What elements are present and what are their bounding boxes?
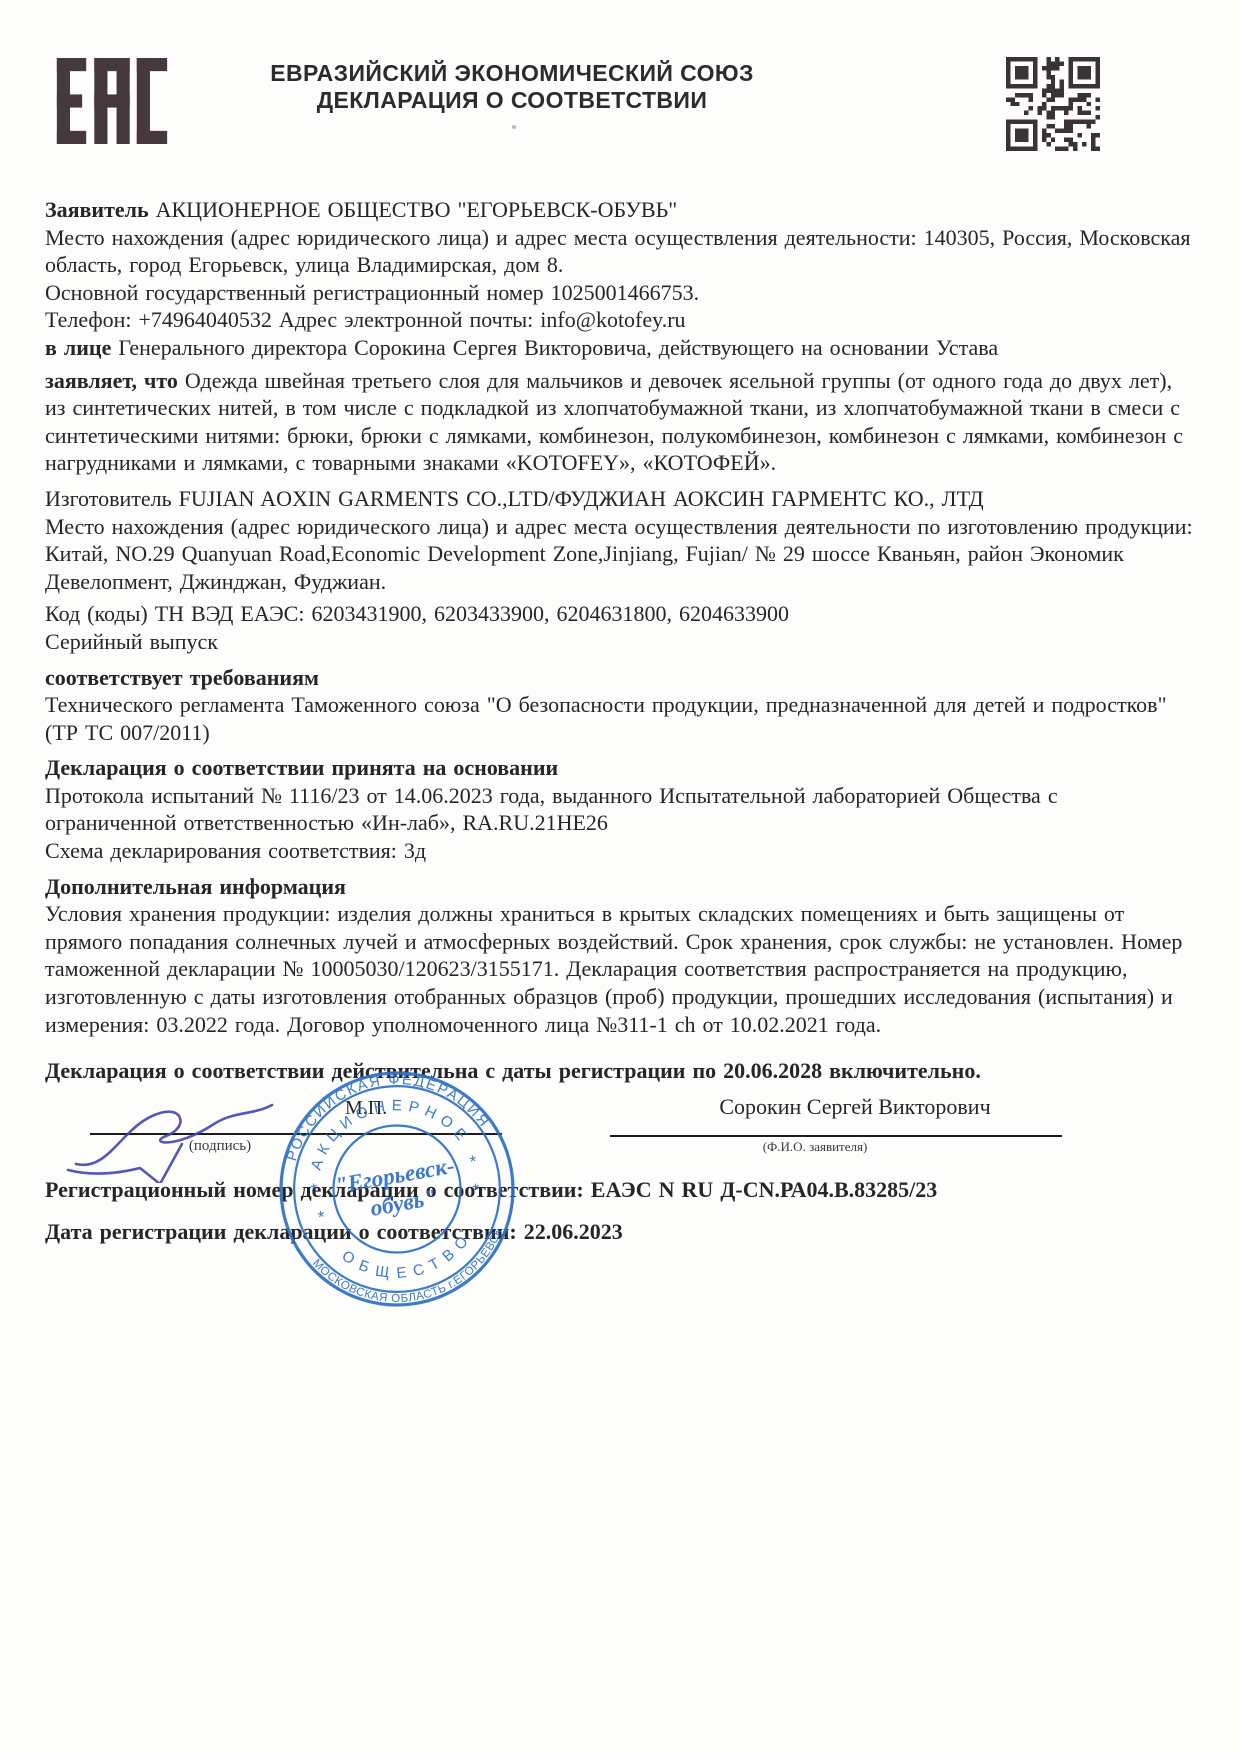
applicant-contacts: Телефон: +74964040532 Адрес электронной … [45,306,1195,334]
basis-scheme: Схема декларирования соответствия: 3д [45,837,1195,865]
applicant-line: Заявитель АКЦИОНЕРНОЕ ОБЩЕСТВО "ЕГОРЬЕВС… [45,196,1195,224]
signature-caption: (подпись) [125,1138,315,1155]
applicant-fio: Сорокин Сергей Викторович [645,1094,1065,1120]
registration-date-label: Дата регистрации декларации о соответств… [45,1219,517,1244]
validity-line: Декларация о соответствии действительна … [45,1057,1195,1085]
applicant-name: АКЦИОНЕРНОЕ ОБЩЕСТВО "ЕГОРЬЕВСК-ОБУВЬ" [156,197,678,222]
manufacturer-address: Место нахождения (адрес юридического лиц… [45,513,1195,596]
additional-text: Условия хранения продукции: изделия долж… [45,900,1195,1038]
basis-heading: Декларация о соответствии принята на осн… [45,754,1195,782]
eac-logo [56,58,168,144]
in-person-text: Генерального директора Сорокина Сергея В… [118,335,998,360]
registration-number-value: ЕАЭС N RU Д-CN.РА04.В.83285/23 [591,1177,938,1202]
manufacturer-name: FUJIAN AOXIN GARMENTS CO.,LTD/ФУДЖИАН АО… [179,486,984,511]
manufacturer-label: Изготовитель [45,486,172,511]
qr-code-icon [1006,57,1100,151]
applicant-ogrn: Основной государственный регистрационный… [45,279,1195,307]
signature-line [90,1133,502,1135]
applicant-label: Заявитель [45,197,149,222]
manufacturer-line: Изготовитель FUJIAN AOXIN GARMENTS CO.,L… [45,485,1195,513]
product-description: Одежда швейная третьего слоя для мальчик… [45,368,1183,476]
document-body: Заявитель АКЦИОНЕРНОЕ ОБЩЕСТВО "ЕГОРЬЕВС… [45,196,1195,1246]
declaration-document: ЕВРАЗИЙСКИЙ ЭКОНОМИЧЕСКИЙ СОЮЗ ДЕКЛАРАЦИ… [0,0,1240,1755]
tnved-codes: Код (коды) ТН ВЭД ЕАЭС: 6203431900, 6203… [45,600,1195,628]
basis-protocol: Протокола испытаний № 1116/23 от 14.06.2… [45,782,1195,837]
additional-heading: Дополнительная информация [45,873,1195,901]
fio-line [610,1135,1062,1137]
in-person-label: в лице [45,335,111,360]
registration-date-value: 22.06.2023 [524,1219,623,1244]
title-declaration: ДЕКЛАРАЦИЯ О СООТВЕТСТВИИ [262,87,762,114]
document-title: ЕВРАЗИЙСКИЙ ЭКОНОМИЧЕСКИЙ СОЮЗ ДЕКЛАРАЦИ… [262,60,762,114]
title-union: ЕВРАЗИЙСКИЙ ЭКОНОМИЧЕСКИЙ СОЮЗ [262,60,762,87]
signature-block: М.П. Сорокин Сергей Викторович (подпись)… [45,1094,1195,1160]
registration-number-line: Регистрационный номер декларации о соотв… [45,1176,1195,1204]
serial-release: Серийный выпуск [45,628,1195,656]
requirements-text: Технического регламента Таможенного союз… [45,691,1195,746]
applicant-address: Место нахождения (адрес юридического лиц… [45,224,1195,279]
scan-artifact-dot [512,125,516,129]
fio-caption: (Ф.И.О. заявителя) [645,1139,985,1155]
requirements-heading: соответствует требованиям [45,664,1195,692]
in-person-line: в лице Генерального директора Сорокина С… [45,334,1195,362]
stamp-place-mark: М.П. [345,1097,387,1120]
registration-number-label: Регистрационный номер декларации о соотв… [45,1177,584,1202]
product-declaration: заявляет, что Одежда швейная третьего сл… [45,367,1195,477]
declares-label: заявляет, что [45,368,178,393]
registration-date-line: Дата регистрации декларации о соответств… [45,1218,1195,1246]
